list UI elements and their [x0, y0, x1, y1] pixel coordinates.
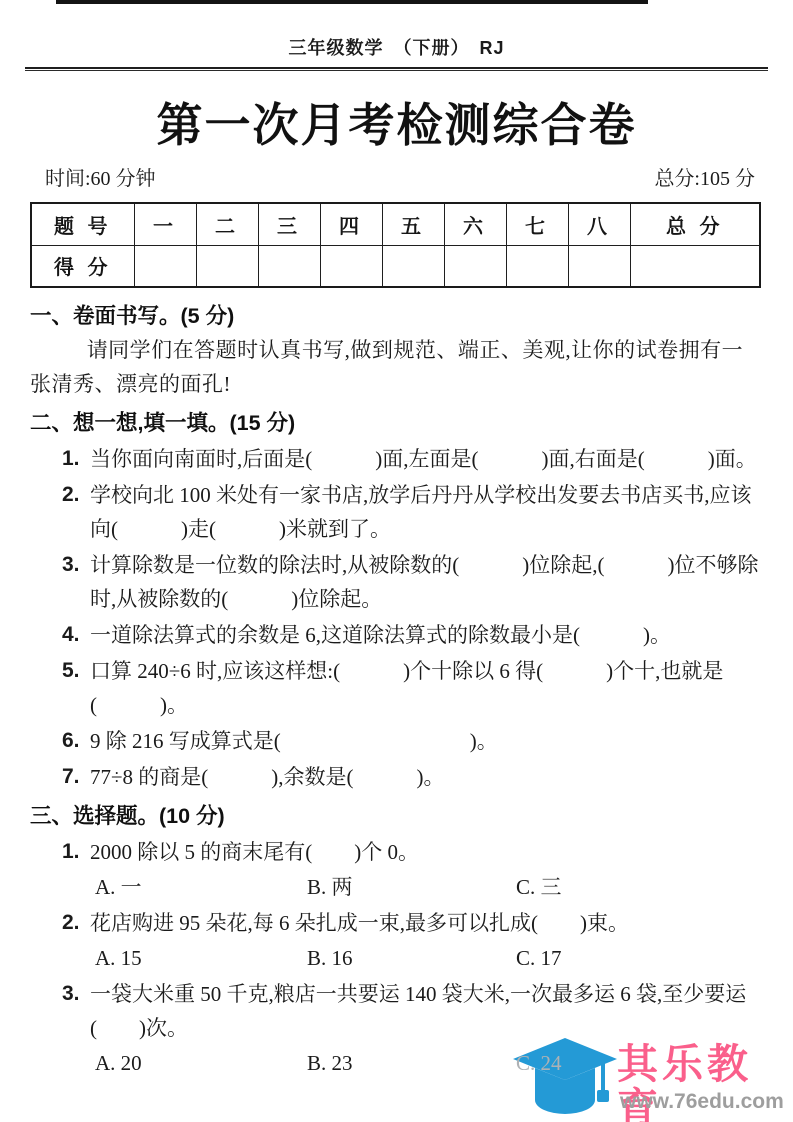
section-heading-3: 三、选择题。(10 分)	[30, 799, 760, 833]
option-c: C. 三	[516, 870, 760, 904]
options-row: A. 20 B. 23 C. 24	[62, 1046, 760, 1080]
question-number: 5.	[62, 654, 80, 688]
question-number: 6.	[62, 724, 80, 758]
question-text: 当你面向南面时,后面是( )面,左面是( )面,右面是( )面。	[90, 447, 757, 471]
option-b: B. 16	[307, 941, 516, 975]
score-table-header-cell: 二	[196, 203, 258, 245]
score-cell	[258, 245, 320, 287]
question-text: 口算 240÷6 时,应该这样想:( )个十除以 6 得( )个十,也就是 ( …	[90, 659, 723, 717]
score-cell	[568, 245, 630, 287]
score-table-header-cell: 七	[506, 203, 568, 245]
option-b: B. 23	[307, 1046, 516, 1080]
handwriting-notice: 请同学们在答题时认真书写,做到规范、端正、美观,让你的试卷拥有一张清秀、漂亮的面…	[30, 333, 760, 401]
question-text: 一袋大米重 50 千克,粮店一共要运 140 袋大米,一次最多运 6 袋,至少要…	[90, 982, 746, 1040]
question-text: 77÷8 的商是( ),余数是( )。	[90, 765, 445, 789]
section-heading-1: 一、卷面书写。(5 分)	[30, 299, 760, 333]
choice-questions: 1. 2000 除以 5 的商末尾有( )个 0。 A. 一 B. 两 C. 三…	[62, 835, 760, 1080]
score-cell	[196, 245, 258, 287]
question: 7. 77÷8 的商是( ),余数是( )。	[62, 760, 760, 794]
question-text: 花店购进 95 朵花,每 6 朵扎成一束,最多可以扎成( )束。	[90, 911, 629, 935]
score-table-header-cell: 总 分	[630, 203, 760, 245]
question: 1. 当你面向南面时,后面是( )面,左面是( )面,右面是( )面。	[62, 442, 760, 476]
page-header: 三年级数学 （下册） RJ	[0, 36, 793, 60]
header-divider	[25, 67, 768, 71]
score-table-header-cell: 六	[444, 203, 506, 245]
question-text: 学校向北 100 米处有一家书店,放学后丹丹从学校出发要去书店买书,应该向( )…	[90, 483, 752, 541]
option-c: C. 17	[516, 941, 760, 975]
score-cell	[134, 245, 196, 287]
score-table-header-cell: 五	[382, 203, 444, 245]
options-row: A. 15 B. 16 C. 17	[62, 941, 760, 975]
score-table-header-cell: 三	[258, 203, 320, 245]
fill-in-questions: 1. 当你面向南面时,后面是( )面,左面是( )面,右面是( )面。 2. 学…	[62, 442, 760, 794]
option-a: A. 15	[95, 941, 307, 975]
score-cell	[320, 245, 382, 287]
question-number: 1.	[62, 442, 80, 476]
score-table: 题 号 一 二 三 四 五 六 七 八 总 分 得 分	[30, 202, 761, 288]
question-text: 计算除数是一位数的除法时,从被除数的( )位除起,( )位不够除时,从被除数的(…	[90, 553, 758, 611]
question: 4. 一道除法算式的余数是 6,这道除法算式的除数最小是( )。	[62, 618, 760, 652]
option-c: C. 24	[516, 1046, 760, 1080]
question: 5. 口算 240÷6 时,应该这样想:( )个十除以 6 得( )个十,也就是…	[62, 654, 760, 722]
total-score-label: 总分:105 分	[654, 166, 755, 192]
section-heading-2: 二、想一想,填一填。(15 分)	[30, 406, 760, 440]
scan-edge-artifact	[56, 0, 648, 4]
score-cell	[506, 245, 568, 287]
question-number: 2.	[62, 478, 80, 512]
question-number: 7.	[62, 760, 80, 794]
score-row-label: 得 分	[31, 245, 134, 287]
score-cell	[444, 245, 506, 287]
paper-title: 第一次月考检测综合卷	[0, 97, 793, 153]
time-label: 时间:60 分钟	[45, 166, 156, 192]
question-text: 一道除法算式的余数是 6,这道除法算式的除数最小是( )。	[90, 623, 671, 647]
option-b: B. 两	[307, 870, 516, 904]
score-table-header-row: 题 号 一 二 三 四 五 六 七 八 总 分	[31, 203, 760, 245]
question-number: 2.	[62, 906, 80, 940]
score-table-header-cell: 八	[568, 203, 630, 245]
exam-info-row: 时间:60 分钟 总分:105 分	[45, 166, 755, 192]
options-row: A. 一 B. 两 C. 三	[62, 870, 760, 904]
question: 3. 一袋大米重 50 千克,粮店一共要运 140 袋大米,一次最多运 6 袋,…	[62, 977, 760, 1045]
exam-body: 一、卷面书写。(5 分) 请同学们在答题时认真书写,做到规范、端正、美观,让你的…	[30, 299, 760, 1080]
score-cell	[382, 245, 444, 287]
option-a: A. 20	[95, 1046, 307, 1080]
question-number: 3.	[62, 548, 80, 582]
question: 2. 学校向北 100 米处有一家书店,放学后丹丹从学校出发要去书店买书,应该向…	[62, 478, 760, 546]
score-table-score-row: 得 分	[31, 245, 760, 287]
question: 1. 2000 除以 5 的商末尾有( )个 0。	[62, 835, 760, 869]
question: 3. 计算除数是一位数的除法时,从被除数的( )位除起,( )位不够除时,从被除…	[62, 548, 760, 616]
question-text: 9 除 216 写成算式是( )。	[90, 729, 498, 753]
question-number: 1.	[62, 835, 80, 869]
question: 6. 9 除 216 写成算式是( )。	[62, 724, 760, 758]
option-a: A. 一	[95, 870, 307, 904]
score-table-header-cell: 一	[134, 203, 196, 245]
score-cell	[630, 245, 760, 287]
question-number: 3.	[62, 977, 80, 1011]
score-table-header-cell: 四	[320, 203, 382, 245]
watermark-url: www.76edu.com	[620, 1090, 784, 1114]
question-number: 4.	[62, 618, 80, 652]
question-text: 2000 除以 5 的商末尾有( )个 0。	[90, 840, 419, 864]
question: 2. 花店购进 95 朵花,每 6 朵扎成一束,最多可以扎成( )束。	[62, 906, 760, 940]
score-table-header-cell: 题 号	[31, 203, 134, 245]
